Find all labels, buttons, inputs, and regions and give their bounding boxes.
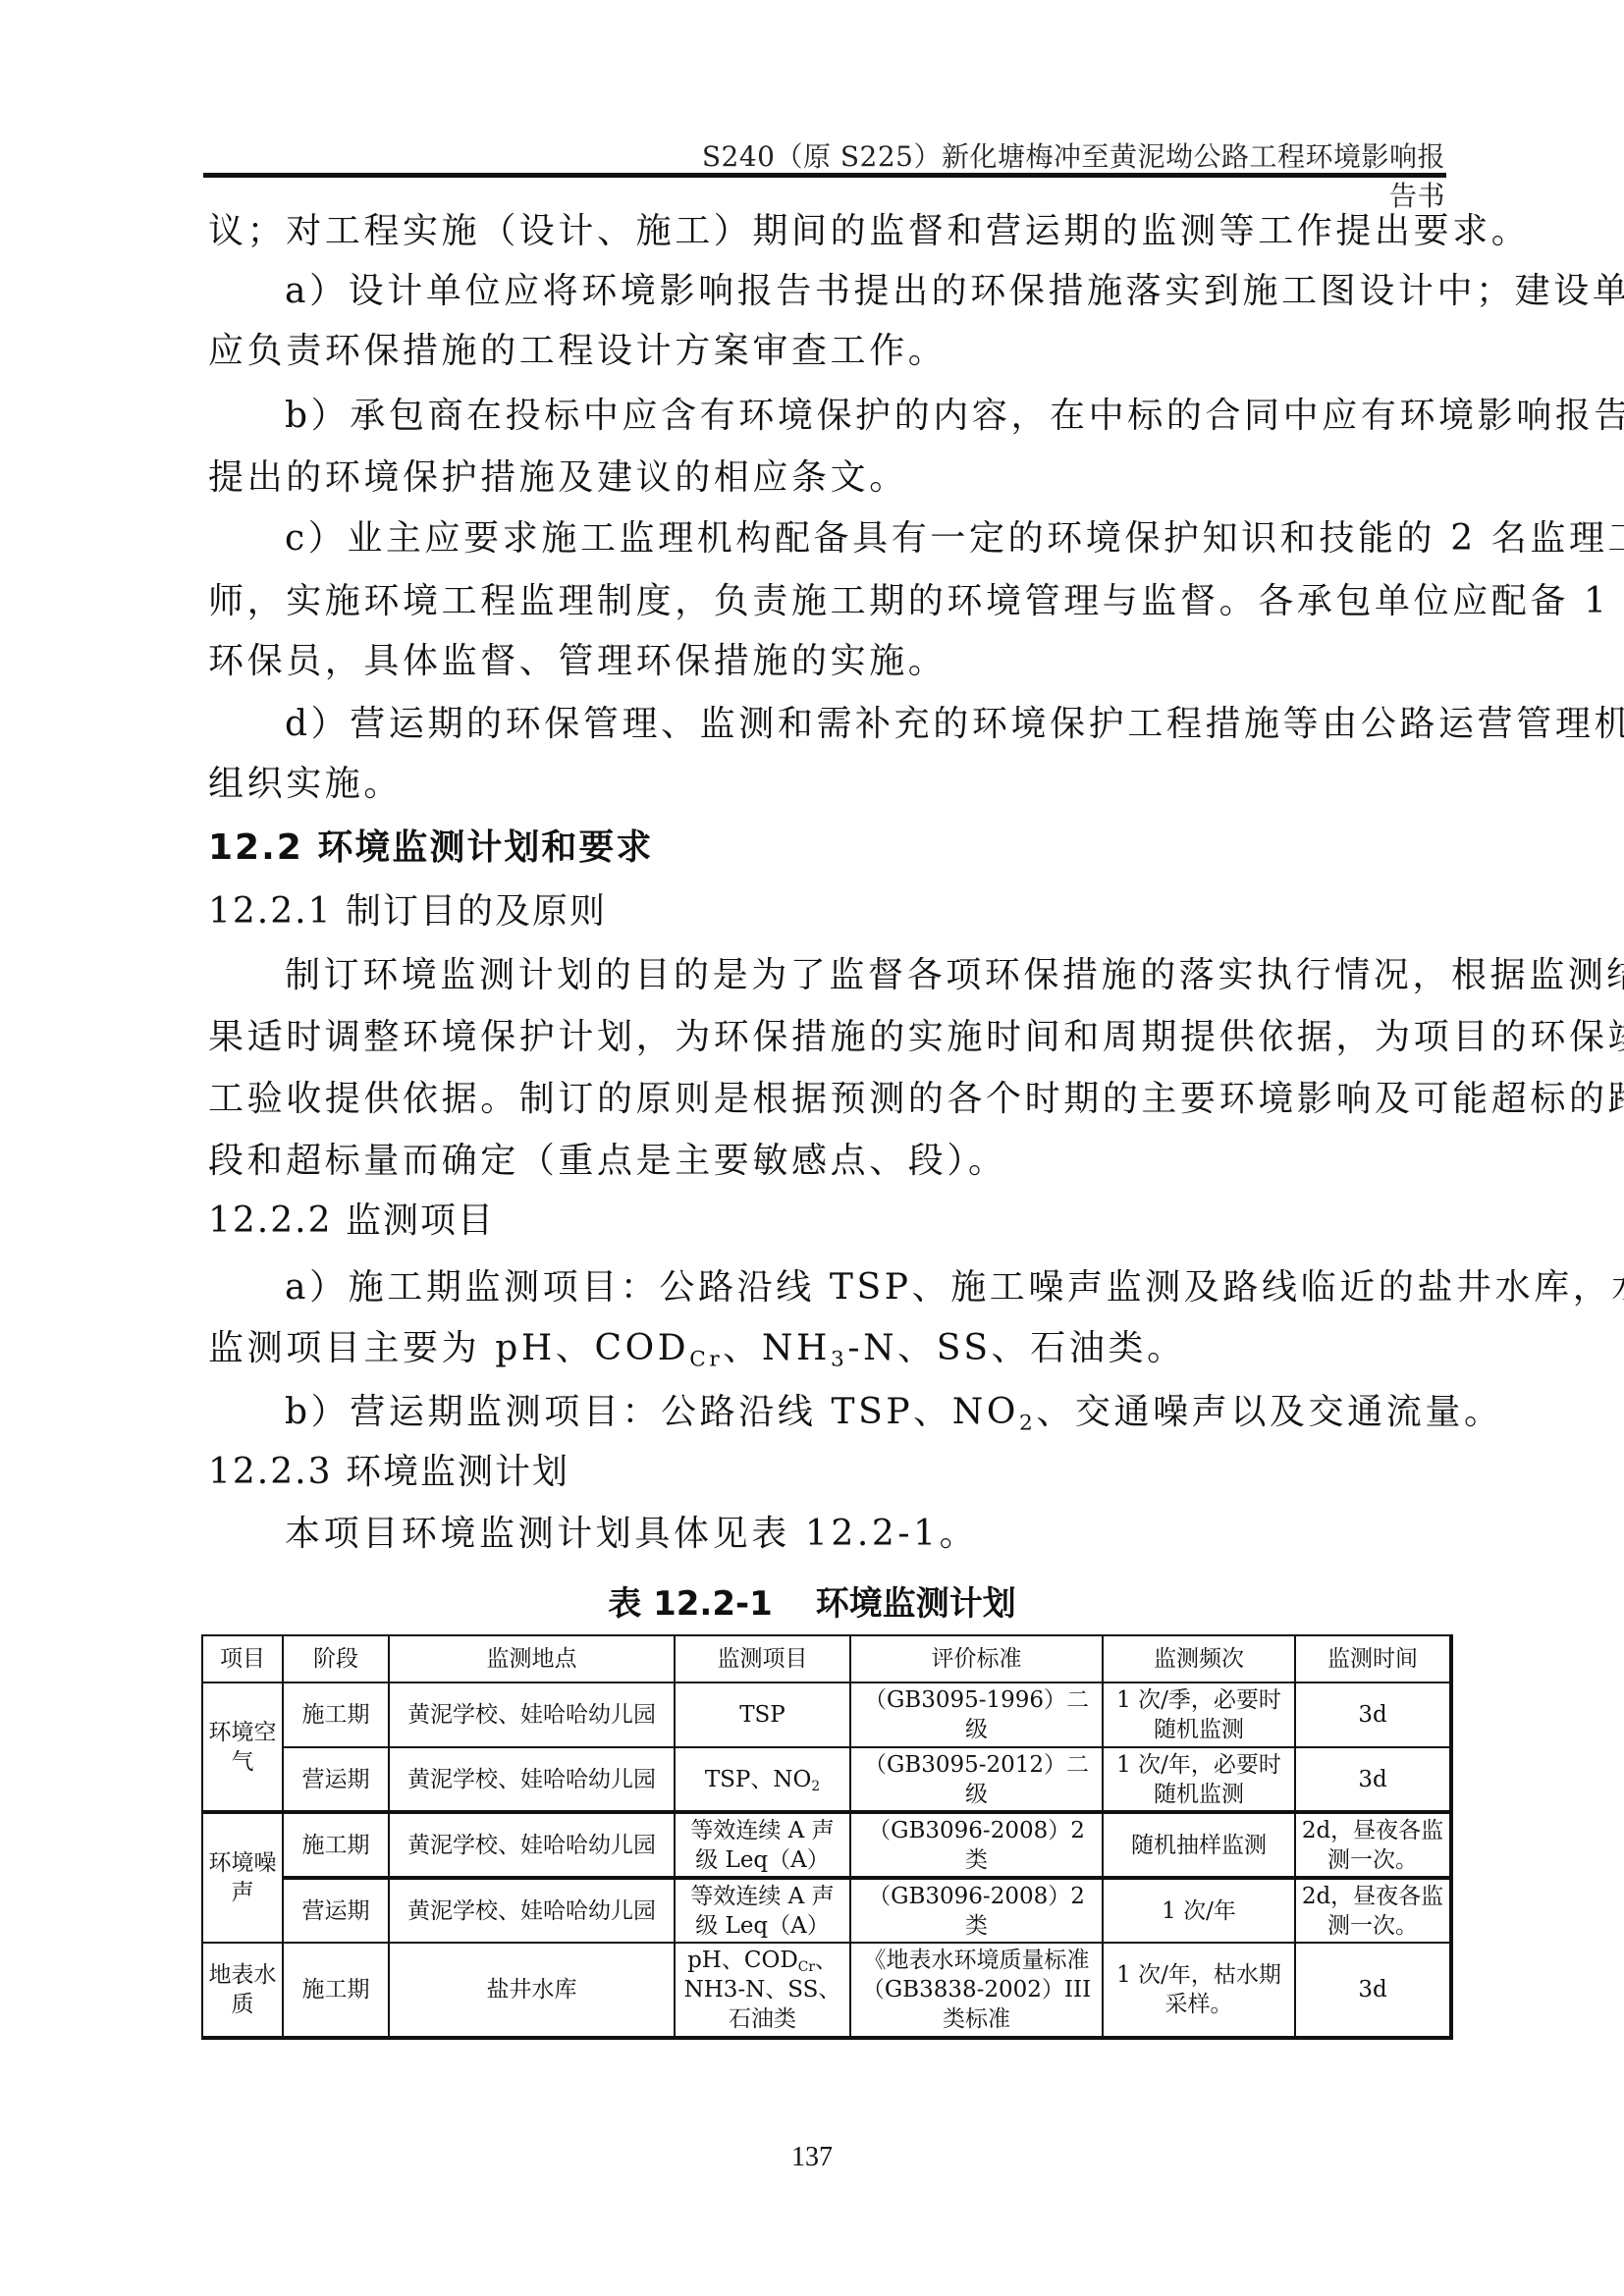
group-label: 环境噪声 bbox=[202, 1812, 283, 1943]
item-c-line: c）业主应要求施工监理机构配备具有一定的环境保护知识和技能的 2 名监理工程 bbox=[285, 517, 1447, 561]
item-cell: TSP bbox=[675, 1682, 850, 1747]
table-row: 环境空气 施工期 黄泥学校、娃哈哈幼儿园 TSP （GB3095-1996）二级… bbox=[202, 1682, 1451, 1747]
frequency-cell: 1 次/年 bbox=[1103, 1878, 1295, 1943]
duration-cell: 2d，昼夜各监测一次。 bbox=[1295, 1812, 1451, 1878]
header-rule bbox=[203, 173, 1446, 178]
group-label: 地表水质 bbox=[202, 1943, 283, 2038]
frequency-cell: 1 次/年，枯水期采样。 bbox=[1103, 1943, 1295, 2038]
table-header-row: 项目 阶段 监测地点 监测项目 评价标准 监测频次 监测时间 bbox=[202, 1635, 1451, 1682]
paragraph-line: 段和超标量而确定（重点是主要敏感点、段）。 bbox=[208, 1140, 1447, 1183]
stage-cell: 施工期 bbox=[283, 1682, 389, 1747]
paragraph-line: 制订环境监测计划的目的是为了监督各项环保措施的落实执行情况，根据监测结 bbox=[285, 954, 1447, 997]
header-cell: 项目 bbox=[202, 1635, 283, 1682]
monitoring-items-b: b）营运期监测项目：公路沿线 TSP、NO2、交通噪声以及交通流量。 bbox=[285, 1391, 1447, 1434]
location-cell: 黄泥学校、娃哈哈幼儿园 bbox=[389, 1812, 675, 1878]
duration-cell: 2d，昼夜各监测一次。 bbox=[1295, 1878, 1451, 1943]
paragraph-line: 组织实施。 bbox=[208, 763, 1447, 806]
item-cell: 等效连续 A 声级 Leq（A） bbox=[675, 1812, 850, 1878]
frequency-cell: 1 次/年，必要时随机监测 bbox=[1103, 1747, 1295, 1812]
item-cell: pH、CODCr、NH3-N、SS、石油类 bbox=[675, 1943, 850, 2038]
section-heading-12-2-3: 12.2.3 环境监测计划 bbox=[208, 1451, 1447, 1494]
standard-cell: （GB3095-1996）二级 bbox=[850, 1682, 1103, 1747]
duration-cell: 3d bbox=[1295, 1682, 1451, 1747]
header-cell: 评价标准 bbox=[850, 1635, 1103, 1682]
group-label: 环境空气 bbox=[202, 1682, 283, 1812]
section-heading-12-2: 12.2 环境监测计划和要求 bbox=[208, 827, 1447, 870]
paragraph-line: 提出的环境保护措施及建议的相应条文。 bbox=[208, 456, 1447, 500]
stage-cell: 营运期 bbox=[283, 1878, 389, 1943]
duration-cell: 3d bbox=[1295, 1943, 1451, 2038]
stage-cell: 营运期 bbox=[283, 1747, 389, 1812]
paragraph-line: 环保员，具体监督、管理环保措施的实施。 bbox=[208, 640, 1447, 683]
monitoring-plan-table: 项目 阶段 监测地点 监测项目 评价标准 监测频次 监测时间 环境空气 施工期 … bbox=[201, 1634, 1453, 2040]
item-cell: TSP、NO2 bbox=[675, 1747, 850, 1812]
page-number: 137 bbox=[0, 2142, 1624, 2173]
header-cell: 阶段 bbox=[283, 1635, 389, 1682]
paragraph-line: 师，实施环境工程监理制度，负责施工期的环境管理与监督。各承包单位应配备 1 名 bbox=[208, 580, 1447, 623]
section-heading-12-2-2: 12.2.2 监测项目 bbox=[208, 1200, 1447, 1243]
header-cell: 监测项目 bbox=[675, 1635, 850, 1682]
item-cell: 等效连续 A 声级 Leq（A） bbox=[675, 1878, 850, 1943]
stage-cell: 施工期 bbox=[283, 1812, 389, 1878]
standard-cell: 《地表水环境质量标准 （GB3838-2002）III 类标准 bbox=[850, 1943, 1103, 2038]
table-row: 营运期 黄泥学校、娃哈哈幼儿园 TSP、NO2 （GB3095-2012）二级 … bbox=[202, 1747, 1451, 1812]
standard-cell: （GB3096-2008）2 类 bbox=[850, 1812, 1103, 1878]
header-cell: 监测时间 bbox=[1295, 1635, 1451, 1682]
duration-cell: 3d bbox=[1295, 1747, 1451, 1812]
frequency-cell: 随机抽样监测 bbox=[1103, 1812, 1295, 1878]
paragraph-line: 果适时调整环境保护计划，为环保措施的实施时间和周期提供依据，为项目的环保竣 bbox=[208, 1016, 1447, 1059]
location-cell: 黄泥学校、娃哈哈幼儿园 bbox=[389, 1747, 675, 1812]
section-heading-12-2-1: 12.2.1 制订目的及原则 bbox=[208, 890, 1447, 934]
item-d-line: d）营运期的环保管理、监测和需补充的环境保护工程措施等由公路运营管理机构 bbox=[285, 703, 1447, 746]
table-row: 营运期 黄泥学校、娃哈哈幼儿园 等效连续 A 声级 Leq（A） （GB3096… bbox=[202, 1878, 1451, 1943]
standard-cell: （GB3095-2012）二级 bbox=[850, 1747, 1103, 1812]
header-cell: 监测频次 bbox=[1103, 1635, 1295, 1682]
paragraph-line: 应负责环保措施的工程设计方案审查工作。 bbox=[208, 330, 1447, 373]
monitoring-items-a-cont: 监测项目主要为 pH、CODCr、NH3-N、SS、石油类。 bbox=[208, 1327, 1447, 1370]
monitoring-items-a: a）施工期监测项目：公路沿线 TSP、施工噪声监测及路线临近的盐井水库，水质 bbox=[285, 1266, 1447, 1309]
paragraph-line: 议；对工程实施（设计、施工）期间的监督和营运期的监测等工作提出要求。 bbox=[208, 210, 1447, 253]
frequency-cell: 1 次/季，必要时随机监测 bbox=[1103, 1682, 1295, 1747]
paragraph-line: 工验收提供依据。制订的原则是根据预测的各个时期的主要环境影响及可能超标的路 bbox=[208, 1078, 1447, 1121]
item-b-line: b）承包商在投标中应含有环境保护的内容，在中标的合同中应有环境影响报告书 bbox=[285, 395, 1447, 438]
table-row: 地表水质 施工期 盐井水库 pH、CODCr、NH3-N、SS、石油类 《地表水… bbox=[202, 1943, 1451, 2038]
location-cell: 盐井水库 bbox=[389, 1943, 675, 2038]
table-caption: 表 12.2-1环境监测计划 bbox=[0, 1576, 1624, 1625]
location-cell: 黄泥学校、娃哈哈幼儿园 bbox=[389, 1682, 675, 1747]
header-cell: 监测地点 bbox=[389, 1635, 675, 1682]
table-row: 环境噪声 施工期 黄泥学校、娃哈哈幼儿园 等效连续 A 声级 Leq（A） （G… bbox=[202, 1812, 1451, 1878]
stage-cell: 施工期 bbox=[283, 1943, 389, 2038]
standard-cell: （GB3096-2008）2 类 bbox=[850, 1878, 1103, 1943]
plan-reference: 本项目环境监测计划具体见表 12.2-1。 bbox=[285, 1513, 1447, 1556]
location-cell: 黄泥学校、娃哈哈幼儿园 bbox=[389, 1878, 675, 1943]
item-a-line: a）设计单位应将环境影响报告书提出的环保措施落实到施工图设计中；建设单位 bbox=[285, 270, 1447, 313]
